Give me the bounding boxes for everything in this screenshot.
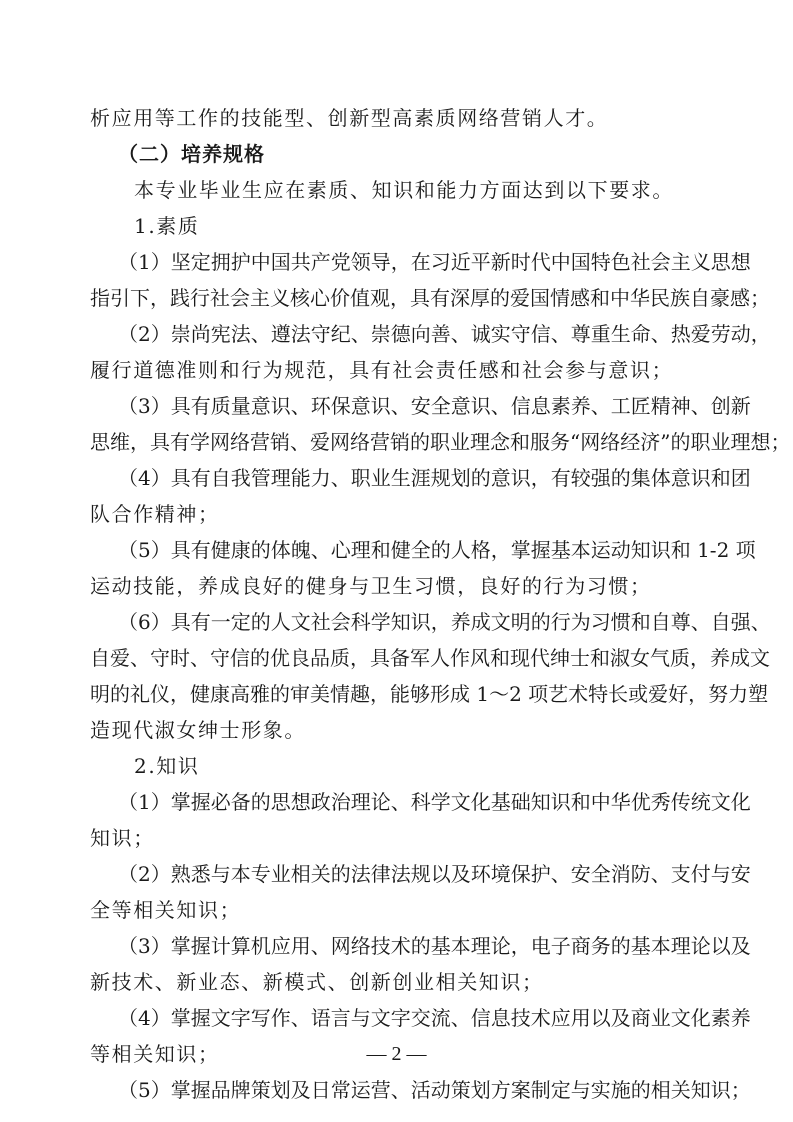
text-line: （3）掌握计算机应用、网络技术的基本理论，电子商务的基本理论以及 bbox=[90, 928, 714, 964]
text-line: 新技术、新业态、新模式、创新创业相关知识； bbox=[90, 964, 714, 1000]
text-line: 1.素质 bbox=[90, 208, 714, 244]
text-line: 履行道德准则和行为规范，具有社会责任感和社会参与意识； bbox=[90, 352, 714, 388]
text-line: 本专业毕业生应在素质、知识和能力方面达到以下要求。 bbox=[90, 172, 714, 208]
text-line: 运动技能，养成良好的健身与卫生习惯，良好的行为习惯； bbox=[90, 568, 714, 604]
text-line: （4）掌握文字写作、语言与文字交流、信息技术应用以及商业文化素养 bbox=[90, 1000, 714, 1036]
text-line: （6）具有一定的人文社会科学知识，养成文明的行为习惯和自尊、自强、 bbox=[90, 604, 714, 640]
text-line: （5）掌握品牌策划及日常运营、活动策划方案制定与实施的相关知识； bbox=[90, 1072, 714, 1108]
text-line: 造现代淑女绅士形象。 bbox=[90, 712, 714, 748]
section-heading: （二）培养规格 bbox=[90, 136, 714, 172]
document-body: 析应用等工作的技能型、创新型高素质网络营销人才。（二）培养规格本专业毕业生应在素… bbox=[90, 100, 714, 1108]
text-line: （2）崇尚宪法、遵法守纪、崇德向善、诚实守信、尊重生命、热爱劳动， bbox=[90, 316, 714, 352]
text-line: （4）具有自我管理能力、职业生涯规划的意识，有较强的集体意识和团 bbox=[90, 460, 714, 496]
text-line: 析应用等工作的技能型、创新型高素质网络营销人才。 bbox=[90, 100, 714, 136]
text-line: （1）坚定拥护中国共产党领导，在习近平新时代中国特色社会主义思想 bbox=[90, 244, 714, 280]
text-line: 队合作精神； bbox=[90, 496, 714, 532]
text-line: （1）掌握必备的思想政治理论、科学文化基础知识和中华优秀传统文化 bbox=[90, 784, 714, 820]
text-line: （3）具有质量意识、环保意识、安全意识、信息素养、工匠精神、创新 bbox=[90, 388, 714, 424]
text-line: 自爱、守时、守信的优良品质，具备军人作风和现代绅士和淑女气质，养成文 bbox=[90, 640, 714, 676]
text-line: 全等相关知识； bbox=[90, 892, 714, 928]
text-line: （5）具有健康的体魄、心理和健全的人格，掌握基本运动知识和 1-2 项 bbox=[90, 532, 714, 568]
text-line: 知识； bbox=[90, 820, 714, 856]
text-line: 思维，具有学网络营销、爱网络营销的职业理念和服务“网络经济”的职业理想； bbox=[90, 424, 714, 460]
page-number: — 2 — bbox=[0, 1040, 793, 1068]
text-line: （2）熟悉与本专业相关的法律法规以及环境保护、安全消防、支付与安 bbox=[90, 856, 714, 892]
text-line: 明的礼仪，健康高雅的审美情趣，能够形成 1～2 项艺术特长或爱好，努力塑 bbox=[90, 676, 714, 712]
text-line: 指引下，践行社会主义核心价值观，具有深厚的爱国情感和中华民族自豪感； bbox=[90, 280, 714, 316]
text-line: 2.知识 bbox=[90, 748, 714, 784]
